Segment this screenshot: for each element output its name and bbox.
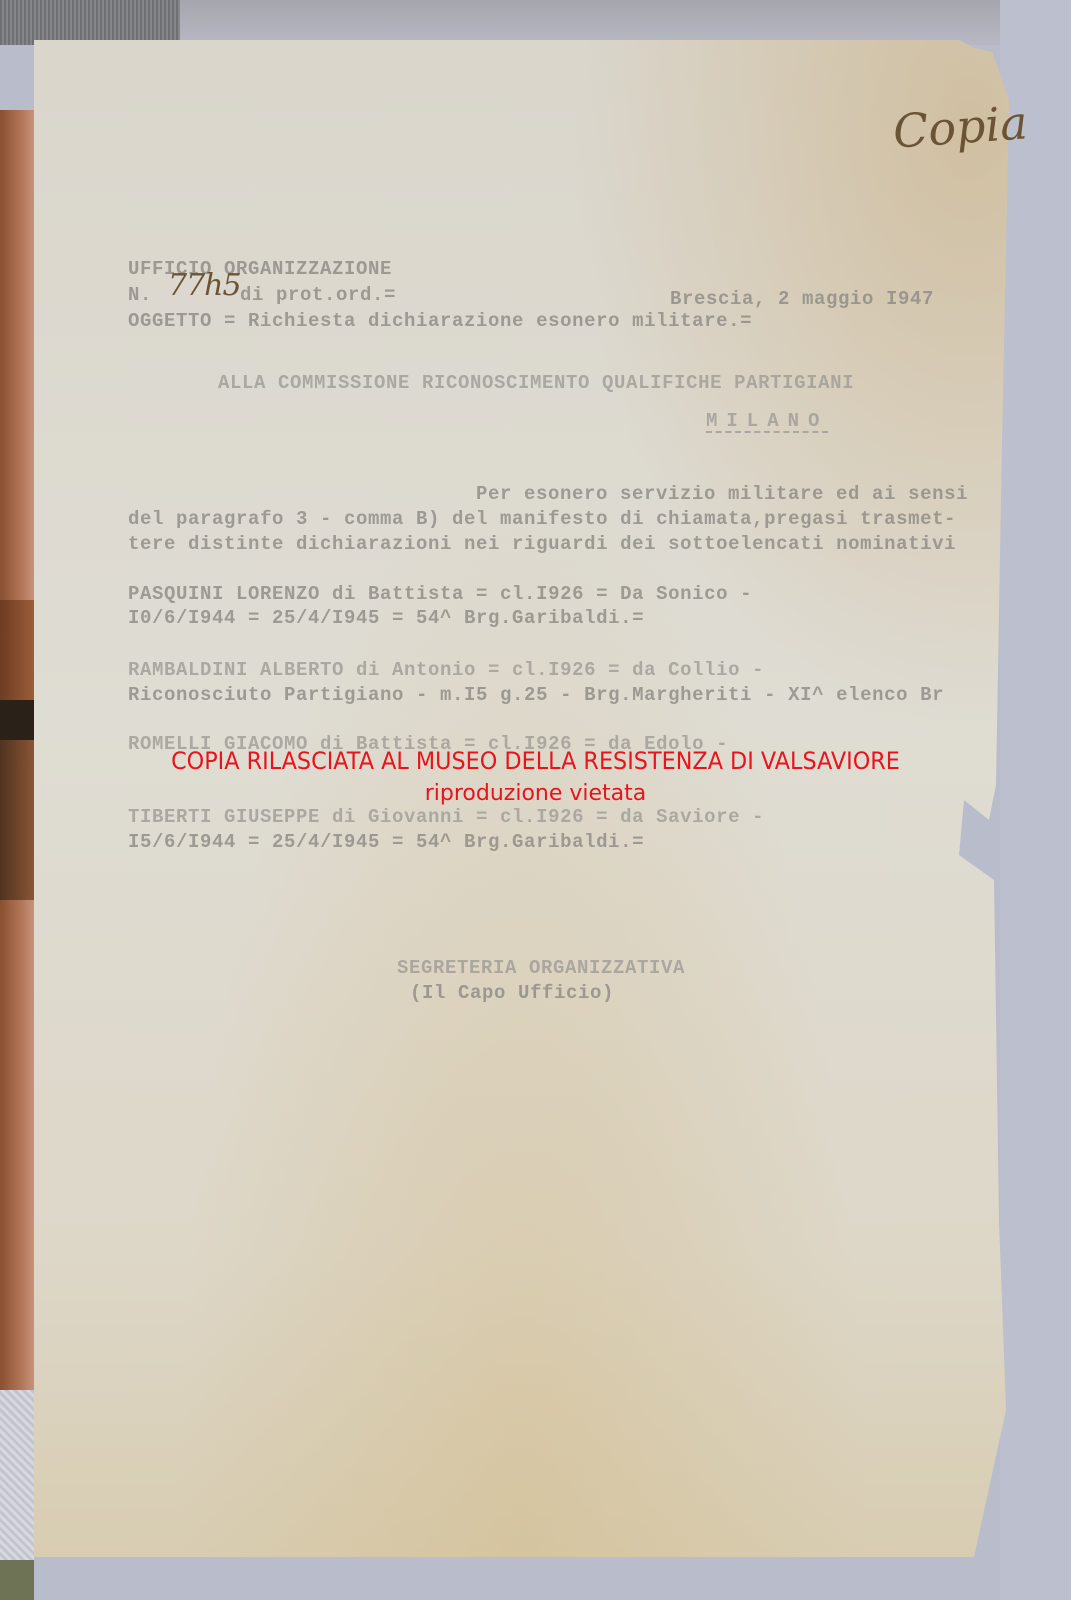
signature-office: SEGRETERIA ORGANIZZATIVA [397,957,685,979]
body-line-3: tere distinte dichiarazioni nei riguardi… [128,533,956,555]
watermark-line-1: COPIA RILASCIATA AL MUSEO DELLA RESISTEN… [37,747,1033,775]
body-line-1: Per esonero servizio militare ed ai sens… [476,483,968,505]
person-1-line-2: I0/6/I944 = 25/4/I945 = 54^ Brg.Garibald… [128,607,644,629]
handwritten-copia-note: Copia [891,95,1029,158]
protocol-suffix: di prot.ord.= [240,284,396,306]
person-2-line-1: RAMBALDINI ALBERTO di Antonio = cl.I926 … [128,659,764,681]
binder-spine [0,700,34,740]
background-surface [180,0,1071,45]
person-2-line-2: Riconosciuto Partigiano - m.I5 g.25 - Br… [128,684,944,706]
place-date: Brescia, 2 maggio I947 [670,288,934,310]
binder-spine [0,740,34,900]
binder-spine [0,110,34,600]
binder-spine [0,600,34,700]
person-1-line-1: PASQUINI LORENZO di Battista = cl.I926 =… [128,583,752,605]
recipient-city: MILANO [706,410,828,432]
recipient-line: ALLA COMMISSIONE RICONOSCIMENTO QUALIFIC… [218,372,854,394]
watermark-line-2: riproduzione vietata [0,781,1071,806]
protocol-prefix: N. [128,284,152,306]
subject-line: OGGETTO = Richiesta dichiarazione esoner… [128,310,752,332]
handwritten-protocol-number: 77h5 [168,268,241,303]
signature-title: (Il Capo Ufficio) [410,982,614,1004]
body-line-2: del paragrafo 3 - comma B) del manifesto… [128,508,956,530]
binder-spine [0,900,34,1390]
person-4-line-1: TIBERTI GIUSEPPE di Giovanni = cl.I926 =… [128,806,764,828]
binder-spine [0,1560,34,1600]
person-4-line-2: I5/6/I944 = 25/4/I945 = 54^ Brg.Garibald… [128,831,644,853]
ribbon [0,1390,34,1560]
